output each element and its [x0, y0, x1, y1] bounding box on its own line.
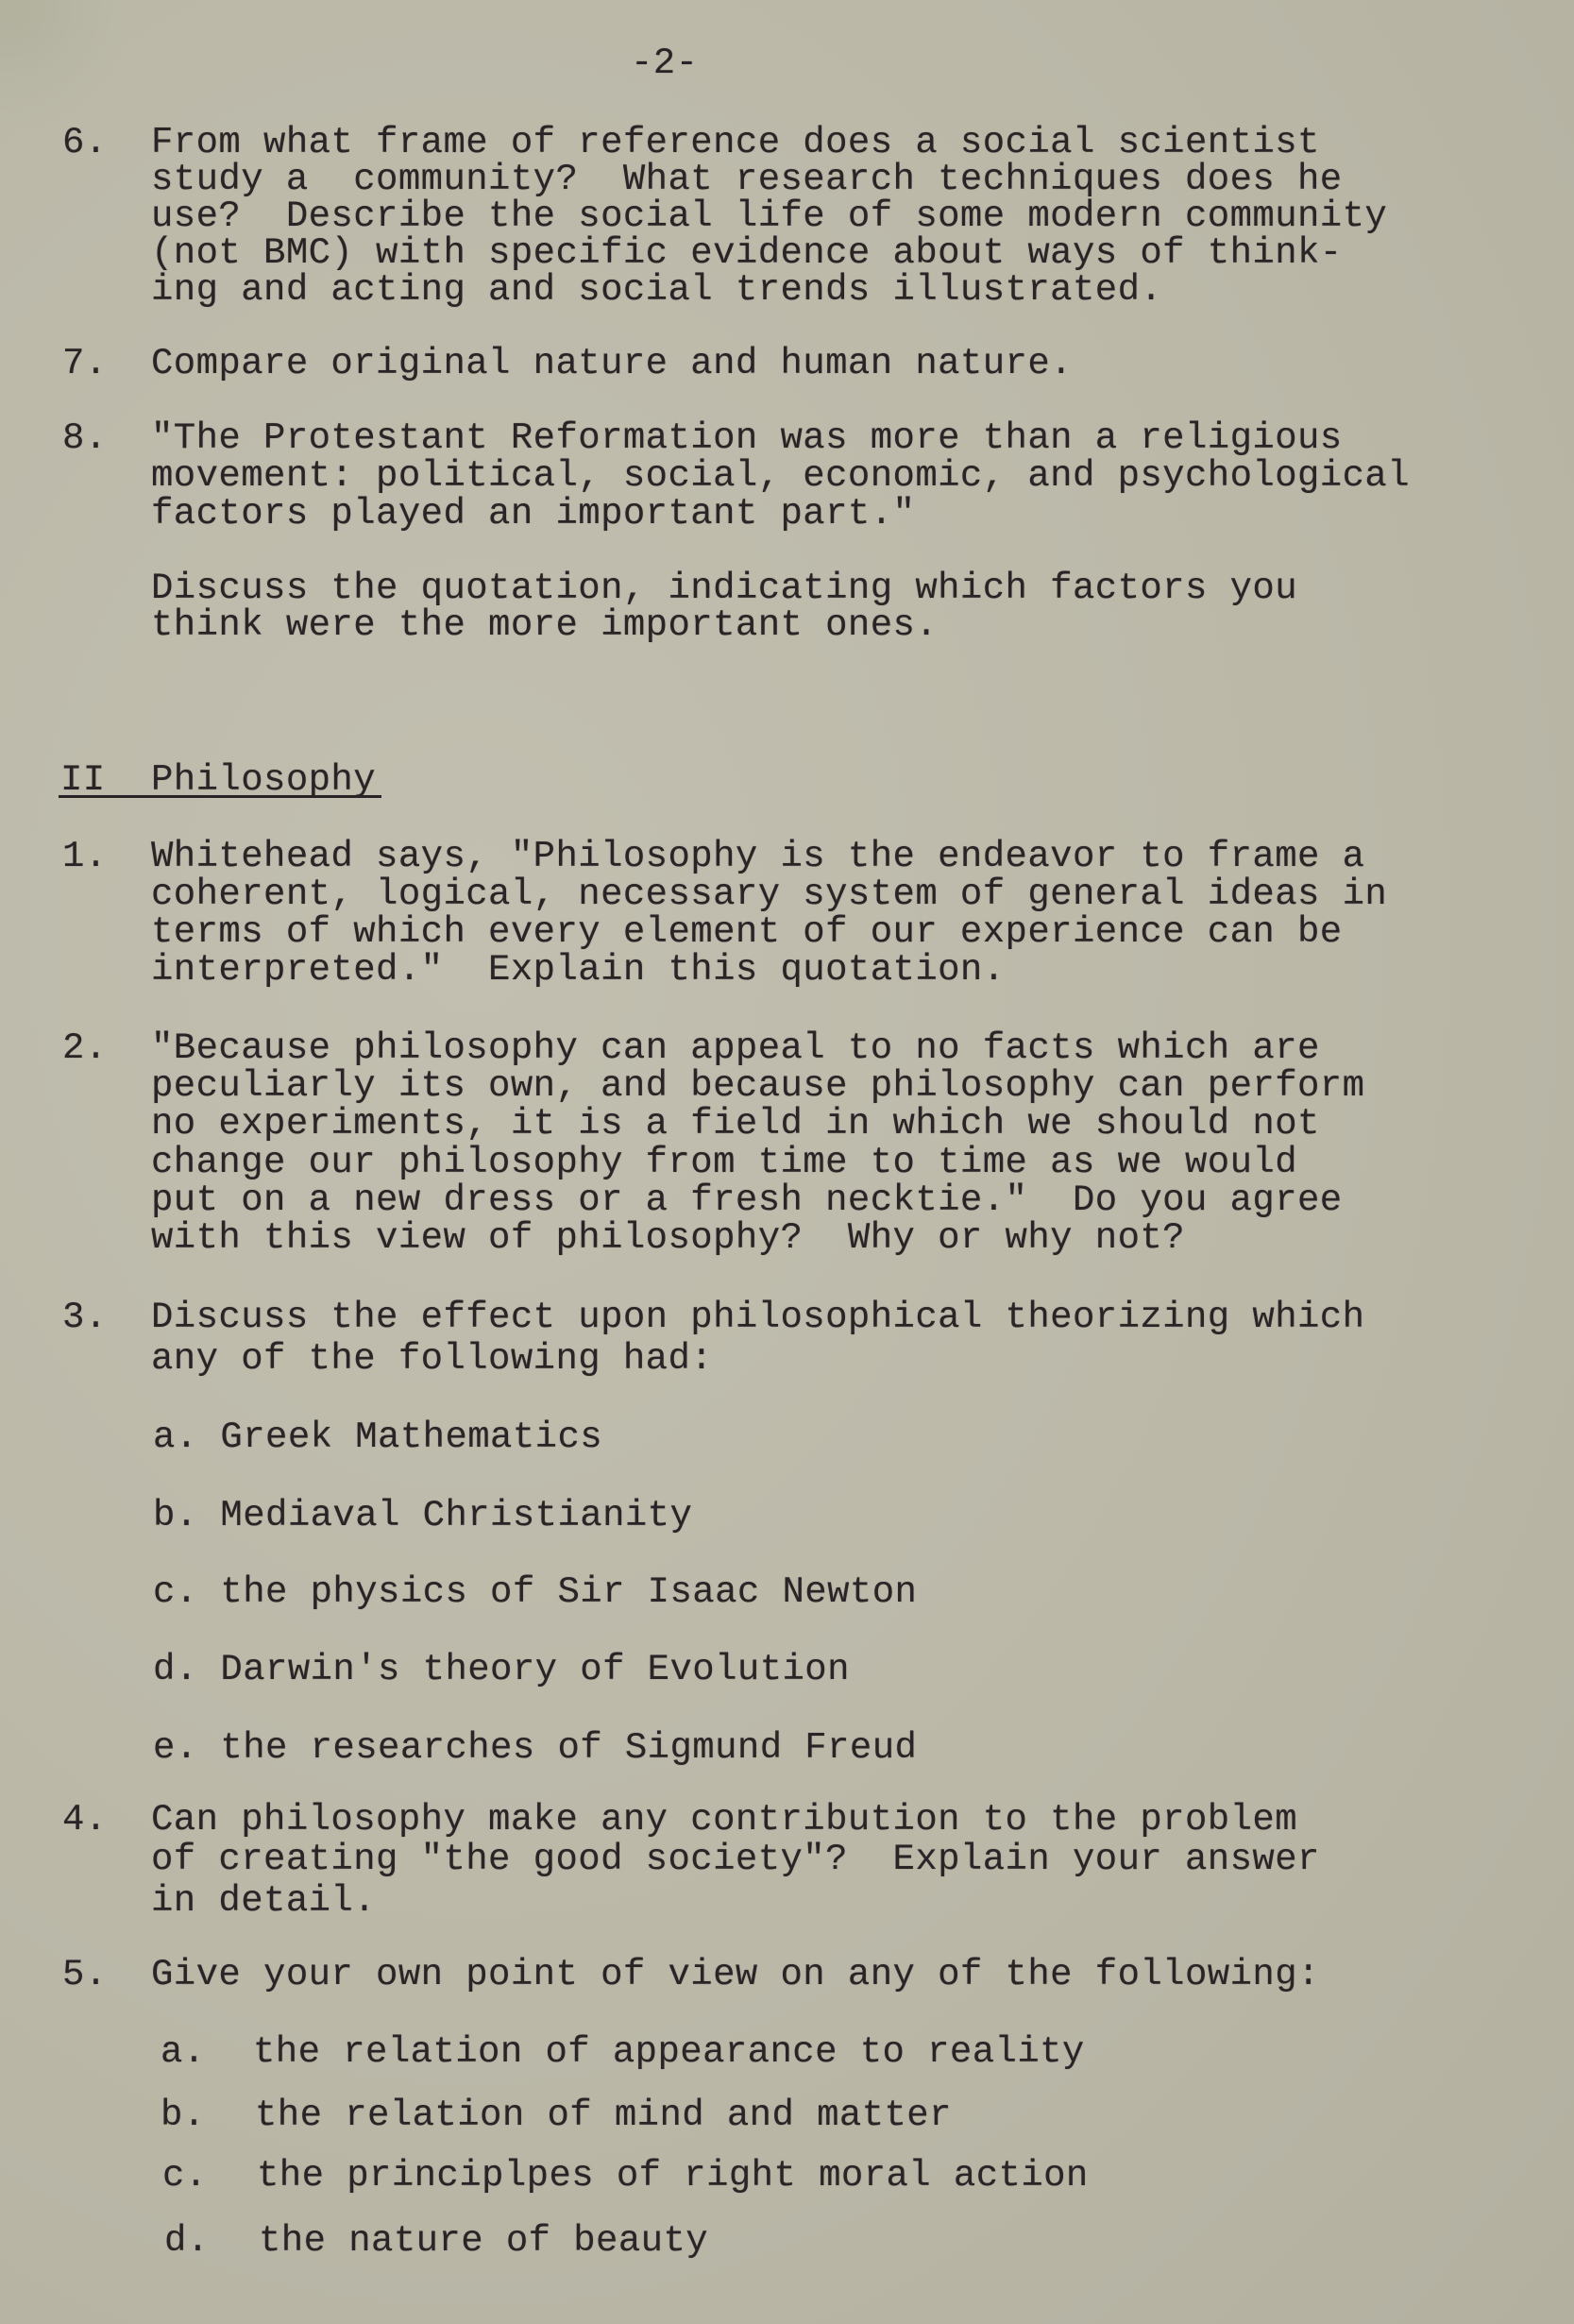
question-number: 1.: [62, 839, 108, 875]
question-line: Discuss the effect upon philosophical th…: [151, 1299, 1364, 1336]
option-letter: b.: [161, 2097, 206, 2134]
question-line: use? Describe the social life of some mo…: [151, 198, 1387, 235]
question-line: "The Protestant Reformation was more tha…: [151, 420, 1343, 457]
option-text: the principlpes of right moral action: [257, 2158, 1089, 2195]
question-line: (not BMC) with specific evidence about w…: [151, 235, 1343, 272]
option-letter: c.: [162, 2158, 208, 2195]
question-line: factors played an important part.": [151, 496, 915, 533]
option-item: b. Mediaval Christianity: [153, 1498, 692, 1535]
question-line: Compare original nature and human nature…: [151, 346, 1073, 382]
question-line: peculiarly its own, and because philosop…: [151, 1068, 1364, 1105]
question-line: with this view of philosophy? Why or why…: [151, 1220, 1185, 1257]
question-line: Give your own point of view on any of th…: [151, 1957, 1320, 1993]
question-line: Whitehead says, "Philosophy is the endea…: [151, 839, 1364, 875]
question-number: 5.: [62, 1957, 108, 1993]
question-number: 2.: [62, 1030, 108, 1067]
question-line: in detail.: [151, 1883, 376, 1920]
section-title: Philosophy: [151, 762, 376, 799]
question-number: 3.: [62, 1299, 108, 1336]
question-line: put on a new dress or a fresh necktie." …: [151, 1182, 1343, 1219]
section-underline: [59, 795, 381, 798]
question-line: "Because philosophy can appeal to no fac…: [151, 1030, 1320, 1067]
option-text: the relation of mind and matter: [255, 2097, 952, 2134]
question-number: 8.: [62, 420, 108, 457]
question-line: coherent, logical, necessary system of g…: [151, 876, 1387, 913]
question-line: From what frame of reference does a soci…: [151, 125, 1320, 161]
question-line: interpreted." Explain this quotation.: [151, 952, 1006, 989]
option-item: a. Greek Mathematics: [153, 1419, 602, 1456]
option-letter: d.: [164, 2223, 210, 2260]
option-text: the relation of appearance to reality: [253, 2034, 1085, 2071]
question-line: change our philosophy from time to time …: [151, 1145, 1297, 1181]
option-item: c. the physics of Sir Isaac Newton: [153, 1574, 917, 1611]
option-letter: a.: [161, 2034, 206, 2071]
option-item: e. the researches of Sigmund Freud: [153, 1730, 917, 1767]
question-number: 7.: [62, 346, 108, 382]
question-line: any of the following had:: [151, 1341, 713, 1378]
question-line: movement: political, social, economic, a…: [151, 458, 1410, 495]
question-line: of creating "the good society"? Explain …: [151, 1841, 1320, 1878]
question-followup: Discuss the quotation, indicating which …: [151, 570, 1297, 607]
question-line: Can philosophy make any contribution to …: [151, 1802, 1297, 1839]
question-number: 4.: [62, 1802, 108, 1839]
question-line: no experiments, it is a field in which w…: [151, 1106, 1320, 1143]
option-text: the nature of beauty: [259, 2223, 708, 2260]
question-line: ing and acting and social trends illustr…: [151, 272, 1162, 309]
question-number: 6.: [62, 125, 108, 161]
option-item: d. Darwin's theory of Evolution: [153, 1652, 850, 1688]
page-number: -2-: [631, 45, 698, 82]
question-followup: think were the more important ones.: [151, 607, 938, 644]
section-numeral: II: [60, 762, 106, 799]
question-line: study a community? What research techniq…: [151, 161, 1343, 198]
question-line: terms of which every element of our expe…: [151, 914, 1343, 951]
paper-shadow: [0, 0, 132, 132]
